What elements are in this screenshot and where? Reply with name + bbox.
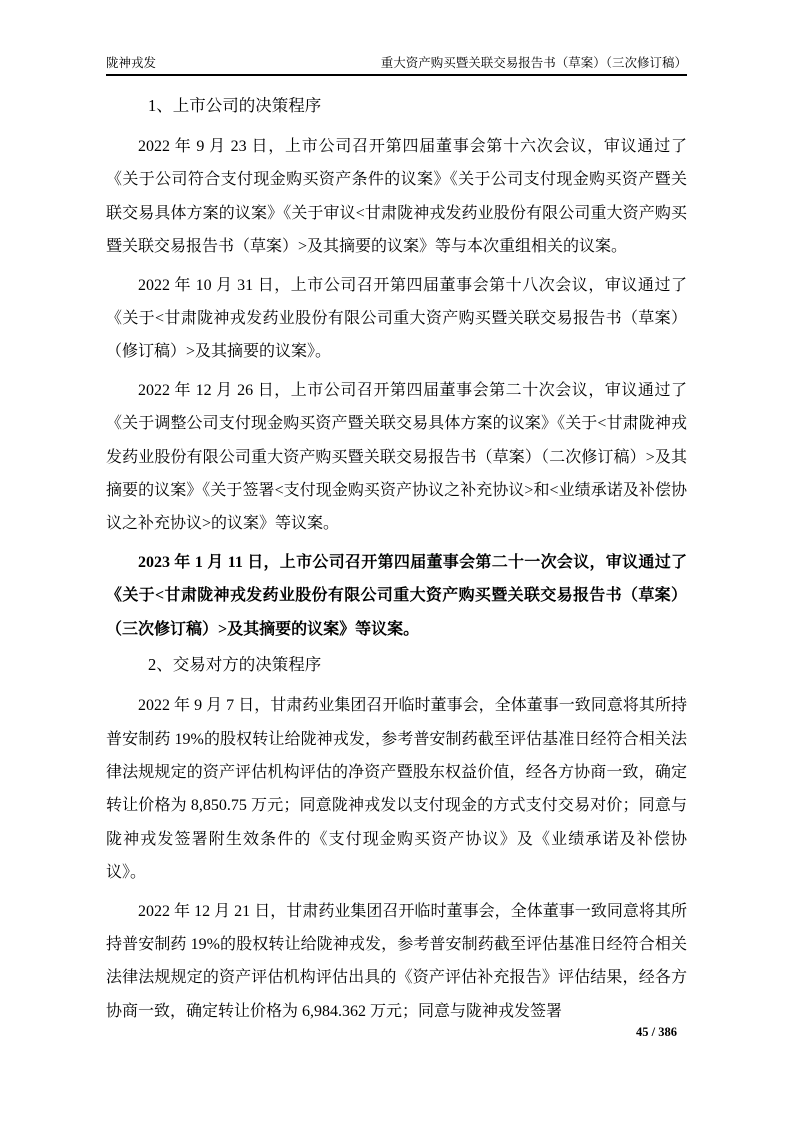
section-heading-counterparty-procedure: 2、交易对方的决策程序 <box>106 654 687 676</box>
header-document-title: 重大资产购买暨关联交易报告书（草案）（三次修订稿） <box>381 55 687 71</box>
paragraph-counterparty-board-sept: 2022 年 9 月 7 日，甘肃药业集团召开临时董事会，全体董事一致同意将其所… <box>106 689 687 889</box>
paragraph-board-meeting-20th: 2022 年 12 月 26 日，上市公司召开第四届董事会第二十次会议，审议通过… <box>106 374 687 541</box>
header-company-name: 陇神戎发 <box>106 55 156 71</box>
paragraph-counterparty-board-dec: 2022 年 12 月 21 日，甘肃药业集团召开临时董事会，全体董事一致同意将… <box>106 895 687 1029</box>
page-number: 45 / 386 <box>106 1024 677 1040</box>
page-header: 陇神戎发 重大资产购买暨关联交易报告书（草案）（三次修订稿） <box>106 55 687 76</box>
document-page: 陇神戎发 重大资产购买暨关联交易报告书（草案）（三次修订稿） 1、上市公司的决策… <box>0 0 793 1122</box>
section-heading-listed-company-procedure: 1、上市公司的决策程序 <box>106 95 687 117</box>
paragraph-board-meeting-16th: 2022 年 9 月 23 日，上市公司召开第四届董事会第十六次会议，审议通过了… <box>106 130 687 264</box>
paragraph-board-meeting-18th: 2022 年 10 月 31 日，上市公司召开第四届董事会第十八次会议，审议通过… <box>106 269 687 369</box>
paragraph-board-meeting-21st-bold: 2023 年 1 月 11 日，上市公司召开第四届董事会第二十一次会议，审议通过… <box>106 546 687 646</box>
